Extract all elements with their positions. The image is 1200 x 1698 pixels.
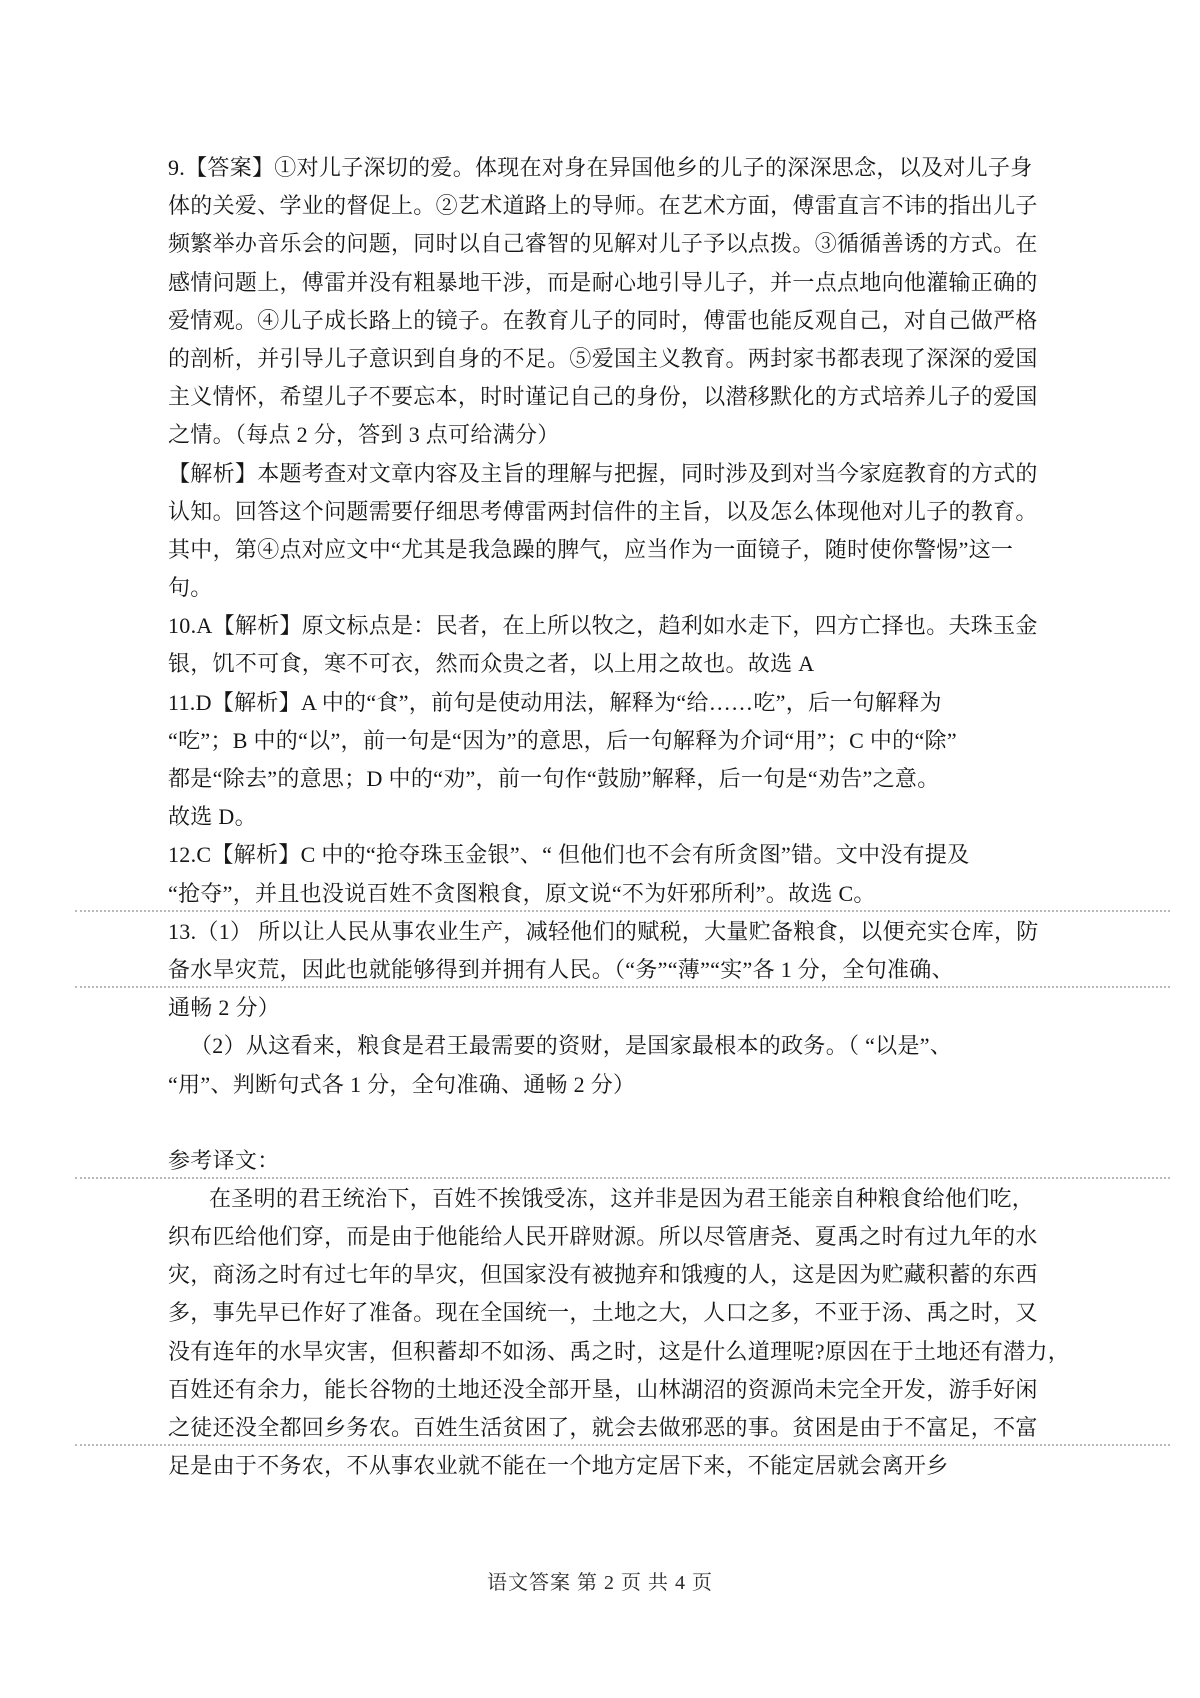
page-footer: 语文答案 第 2 页 共 4 页: [0, 1566, 1200, 1595]
text-line: 主义情怀，希望儿子不要忘本，时时谨记自己的身份，以潜移默化的方式培养儿子的爱国: [168, 378, 1040, 416]
text-line: “用”、判断句式各 1 分，全句准确、通畅 2 分）: [168, 1066, 1040, 1104]
reference-translation-heading: 参考译文：: [168, 1142, 1040, 1180]
answer-sheet-page: 9.【答案】①对儿子深切的爱。体现在对身在异国他乡的儿子的深深思念，以及对儿子身…: [0, 0, 1200, 1698]
document-body: 9.【答案】①对儿子深切的爱。体现在对身在异国他乡的儿子的深深思念，以及对儿子身…: [168, 149, 1040, 1485]
answer-12: 12.C【解析】C 中的“抢夺珠玉金银”、“ 但他们也不会有所贪图”错。文中没有…: [168, 836, 1040, 912]
text-line: 的剖析，并引导儿子意识到自身的不足。⑤爱国主义教育。两封家书都表现了深深的爱国: [168, 340, 1040, 378]
text-line: 句。: [168, 569, 1040, 607]
text-line: 银，饥不可食，寒不可衣，然而众贵之者，以上用之故也。故选 A: [168, 645, 1040, 683]
text-line: “抢夺”，并且也没说百姓不贪图粮食，原文说“不为奸邪所利”。故选 C。: [168, 875, 1040, 913]
text-line: 参考译文：: [168, 1142, 1040, 1180]
text-line: 10.A【解析】原文标点是：民者，在上所以牧之，趋利如水走下，四方亡择也。夫珠玉…: [168, 607, 1040, 645]
text-line: 通畅 2 分）: [168, 989, 1040, 1027]
text-line: 13.（1） 所以让人民从事农业生产，减轻他们的赋税，大量贮备粮食，以便充实仓库…: [168, 913, 1040, 951]
text-line: （2）从这看来，粮食是君王最需要的资财，是国家最根本的政务。（ “以是”、: [168, 1027, 1040, 1065]
analysis-9: 【解析】本题考查对文章内容及主旨的理解与把握，同时涉及到对当今家庭教育的方式的认…: [168, 455, 1040, 608]
text-line: 爱情观。④儿子成长路上的镜子。在教育儿子的同时，傅雷也能反观自己，对自己做严格: [168, 302, 1040, 340]
answer-13-2: （2）从这看来，粮食是君王最需要的资财，是国家最根本的政务。（ “以是”、“用”…: [168, 1027, 1040, 1103]
answer-10: 10.A【解析】原文标点是：民者，在上所以牧之，趋利如水走下，四方亡择也。夫珠玉…: [168, 607, 1040, 683]
text-line: 多，事先早已作好了准备。现在全国统一，土地之大，人口之多，不亚于汤、禹之时，又: [168, 1294, 1040, 1332]
text-line: 【解析】本题考查对文章内容及主旨的理解与把握，同时涉及到对当今家庭教育的方式的: [168, 455, 1040, 493]
text-line: 织布匹给他们穿，而是由于他能给人民开辟财源。所以尽管唐尧、夏禹之时有过九年的水: [168, 1218, 1040, 1256]
text-line: 备水旱灾荒，因此也就能够得到并拥有人民。（“务”“薄”“实”各 1 分，全句准确…: [168, 951, 1040, 989]
text-line: 感情问题上，傅雷并没有粗暴地干涉，而是耐心地引导儿子，并一点点地向他灌输正确的: [168, 264, 1040, 302]
text-line: “吃”；B 中的“以”，前一句是“因为”的意思，后一句解释为介词“用”；C 中的…: [168, 722, 1040, 760]
text-line: 都是“除去”的意思；D 中的“劝”，前一句作“鼓励”解释，后一句是“劝告”之意。: [168, 760, 1040, 798]
answer-9: 9.【答案】①对儿子深切的爱。体现在对身在异国他乡的儿子的深深思念，以及对儿子身…: [168, 149, 1040, 455]
answer-11: 11.D【解析】A 中的“食”，前句是使动用法，解释为“给……吃”，后一句解释为…: [168, 684, 1040, 837]
text-line: 体的关爱、学业的督促上。②艺术道路上的导师。在艺术方面，傅雷直言不讳的指出儿子: [168, 187, 1040, 225]
text-line: 灾，商汤之时有过七年的旱灾，但国家没有被抛弃和饿瘦的人，这是因为贮藏积蓄的东西: [168, 1256, 1040, 1294]
text-line: 12.C【解析】C 中的“抢夺珠玉金银”、“ 但他们也不会有所贪图”错。文中没有…: [168, 836, 1040, 874]
text-line: 9.【答案】①对儿子深切的爱。体现在对身在异国他乡的儿子的深深思念，以及对儿子身: [168, 149, 1040, 187]
text-line: 百姓还有余力，能长谷物的土地还没全部开垦，山林湖沼的资源尚未完全开发，游手好闲: [168, 1371, 1040, 1409]
answer-13-1: 13.（1） 所以让人民从事农业生产，减轻他们的赋税，大量贮备粮食，以便充实仓库…: [168, 913, 1040, 1028]
text-line: 认知。回答这个问题需要仔细思考傅雷两封信件的主旨，以及怎么体现他对儿子的教育。: [168, 493, 1040, 531]
text-line: 其中，第④点对应文中“尤其是我急躁的脾气，应当作为一面镜子，随时使你警惕”这一: [168, 531, 1040, 569]
text-line: 足是由于不务农，不从事农业就不能在一个地方定居下来，不能定居就会离开乡: [168, 1447, 1040, 1485]
text-line: 没有连年的水旱灾害，但积蓄却不如汤、禹之时，这是什么道理呢?原因在于土地还有潜力…: [168, 1333, 1040, 1371]
reference-translation: 在圣明的君王统治下，百姓不挨饿受冻，这并非是因为君王能亲自种粮食给他们吃，织布匹…: [168, 1180, 1040, 1486]
text-line: 之徒还没全都回乡务农。百姓生活贫困了，就会去做邪恶的事。贫困是由于不富足，不富: [168, 1409, 1040, 1447]
text-line: 在圣明的君王统治下，百姓不挨饿受冻，这并非是因为君王能亲自种粮食给他们吃，: [168, 1180, 1040, 1218]
text-line: 11.D【解析】A 中的“食”，前句是使动用法，解释为“给……吃”，后一句解释为: [168, 684, 1040, 722]
text-line: 之情。（每点 2 分，答到 3 点可给满分）: [168, 416, 1040, 454]
text-line: 频繁举办音乐会的问题，同时以自己睿智的见解对儿子予以点拨。③循循善诱的方式。在: [168, 225, 1040, 263]
text-line: 故选 D。: [168, 798, 1040, 836]
